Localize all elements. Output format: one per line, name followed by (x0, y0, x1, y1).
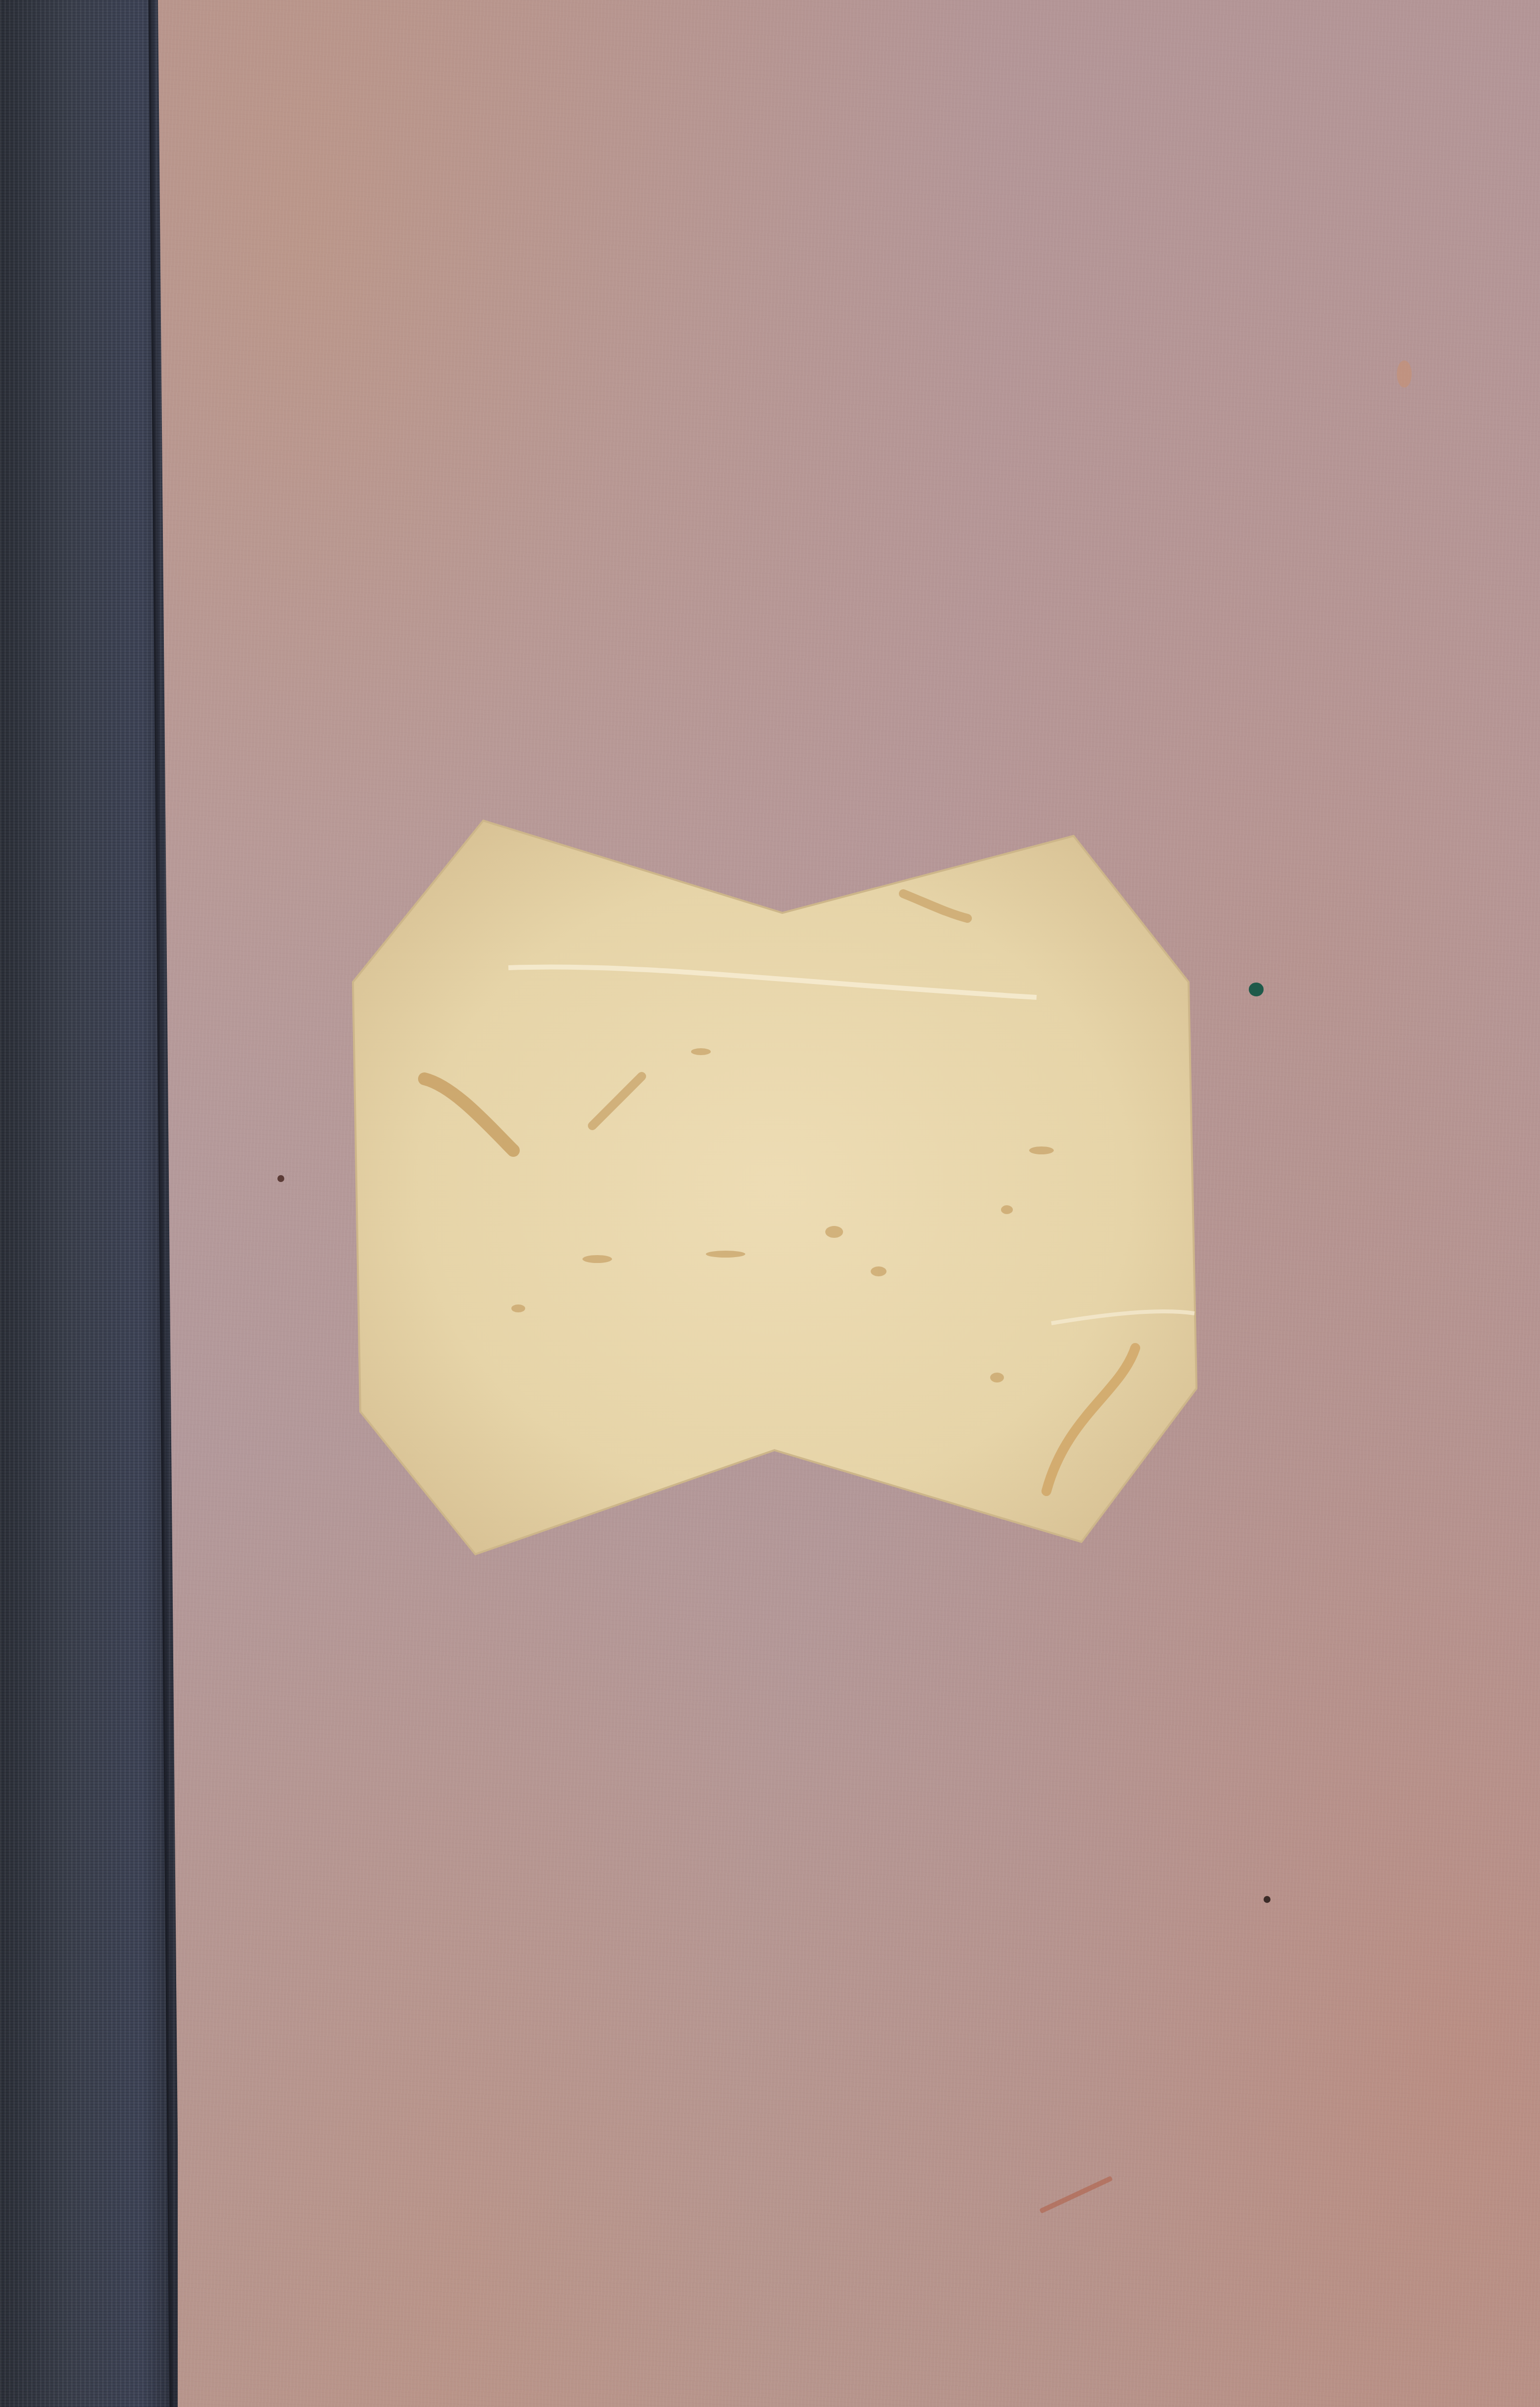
book (0, 0, 1540, 2407)
dirt-speck (1397, 360, 1412, 388)
dirt-speck (1264, 1896, 1270, 1903)
dirt-speck (277, 1175, 284, 1182)
ink-dot (1249, 983, 1264, 996)
paper-label (0, 0, 1540, 2407)
